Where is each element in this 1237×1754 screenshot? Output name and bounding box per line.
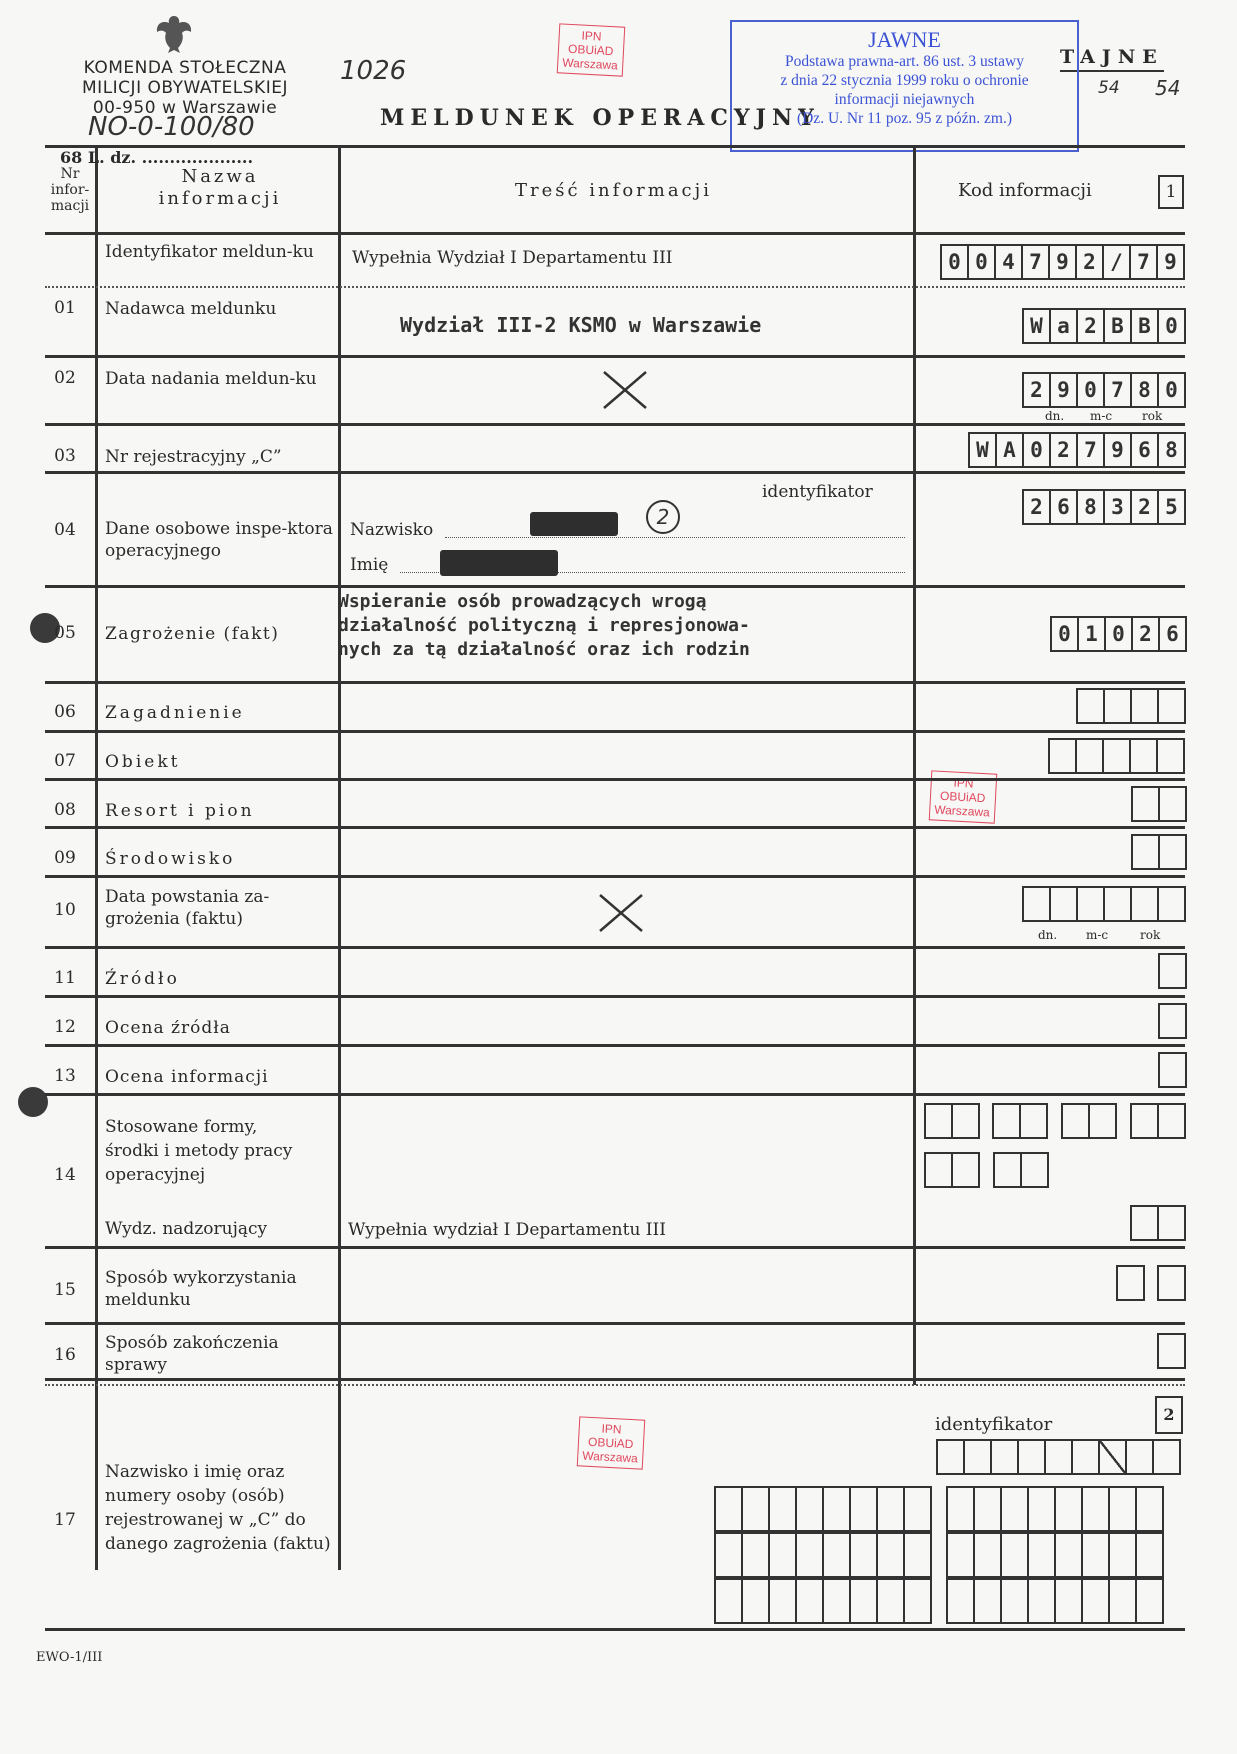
row-rule xyxy=(45,778,1185,781)
code-digit: B xyxy=(1130,310,1157,342)
row-rule xyxy=(45,730,1185,733)
date-label-day: dn. xyxy=(1038,928,1057,942)
page-box-2: 2 xyxy=(1155,1396,1183,1434)
circled-mark: 2 xyxy=(646,500,680,534)
surname-label: Nazwisko xyxy=(350,520,433,540)
date-label-year: rok xyxy=(1140,928,1160,942)
code-digit: / xyxy=(1102,246,1129,278)
code-inspector-id: 268325 xyxy=(1022,489,1186,525)
code-digit: 9 xyxy=(1156,246,1183,278)
threat-line-3: nych za tą działalność oraz ich rodzin xyxy=(338,638,750,662)
row-rule xyxy=(45,355,1185,358)
code-object xyxy=(1048,738,1185,774)
header-nazwa: Nazwa xyxy=(120,166,320,188)
label-source: Źródło xyxy=(105,968,335,990)
code-digit: 2 xyxy=(1024,374,1049,406)
date-label-month: m-c xyxy=(1090,409,1112,423)
row-number: 13 xyxy=(40,1066,90,1086)
header-content-col: Treść informacji xyxy=(515,180,712,201)
code-sender: Wa2BB0 xyxy=(1022,308,1186,344)
person-number-boxes xyxy=(946,1578,1164,1624)
row-number: 16 xyxy=(40,1345,90,1365)
person-number-boxes xyxy=(946,1486,1164,1532)
label-registered-persons: Nazwisko i imię oraz numery osoby (osób)… xyxy=(105,1460,335,1556)
row-rule xyxy=(45,1378,1185,1381)
header-informacji: informacji xyxy=(120,188,320,210)
code-digit: 2 xyxy=(1076,310,1103,342)
code-digit: 2 xyxy=(1024,491,1049,523)
handwritten-number: 1026 xyxy=(340,56,406,86)
label-methods: Stosowane formy, środki i metody pracy o… xyxy=(105,1115,305,1187)
header-name-col: Nazwa informacji xyxy=(120,166,320,210)
code-digit: 2 xyxy=(1049,434,1076,466)
content-report-id: Wypełnia Wydział I Departamentu III xyxy=(352,248,673,268)
form-code: EWO-1/III xyxy=(36,1650,102,1665)
row-number: 06 xyxy=(40,702,90,722)
page-number-1: 54 xyxy=(1098,78,1120,98)
row-rule xyxy=(45,826,1185,829)
code-department xyxy=(1131,786,1187,822)
header-nr: Nr xyxy=(45,166,95,182)
row-rule xyxy=(45,875,1185,878)
code-closure xyxy=(1157,1333,1186,1369)
ipn-stamp-line-3: Warszawa xyxy=(582,1449,638,1466)
date-label-day: dn. xyxy=(1045,409,1064,423)
person-name-boxes xyxy=(714,1578,932,1624)
header-infor: infor- xyxy=(45,182,95,198)
code-registration-number: WA027968 xyxy=(968,432,1186,468)
ipn-stamp: IPN OBUiAD Warszawa xyxy=(577,1416,645,1469)
date-label-month: m-c xyxy=(1086,928,1108,942)
code-digit: 0 xyxy=(967,246,994,278)
label-source-rating: Ocena źródła xyxy=(105,1017,335,1039)
redacted-first-name xyxy=(440,550,558,576)
row-rule xyxy=(45,1093,1185,1096)
page-box-1: 1 xyxy=(1158,175,1184,209)
code-methods-pair xyxy=(924,1103,980,1139)
code-digit: 8 xyxy=(1130,374,1157,406)
row-rule xyxy=(45,585,1185,588)
label-environment: Środowisko xyxy=(105,848,335,870)
label-info-rating: Ocena informacji xyxy=(105,1066,335,1088)
code-digit: 9 xyxy=(1103,434,1130,466)
ipn-stamp-line-3: Warszawa xyxy=(562,56,618,73)
log-number: 68 L. dz. .................... xyxy=(60,148,253,167)
code-methods-pair xyxy=(1130,1103,1186,1139)
code-digit: B xyxy=(1103,310,1130,342)
label-registration-number: Nr rejestracyjny „C” xyxy=(105,446,335,468)
label-department: Resort i pion xyxy=(105,800,335,822)
label-object: Obiekt xyxy=(105,751,335,773)
ipn-stamp-line-3: Warszawa xyxy=(934,803,990,820)
code-digit: 2 xyxy=(1075,246,1102,278)
threat-line-1: Wspieranie osób prowadzących wrogą xyxy=(338,590,750,614)
row-rule xyxy=(45,232,1185,235)
row-number: 15 xyxy=(40,1280,90,1300)
row-number: 09 xyxy=(40,848,90,868)
redacted-surname xyxy=(530,512,618,536)
row-rule xyxy=(45,1322,1185,1325)
stamp-line-1: Podstawa prawna-art. 86 ust. 3 ustawy xyxy=(732,52,1077,71)
table-bottom-rule xyxy=(45,1628,1185,1631)
person-number-boxes xyxy=(946,1532,1164,1578)
code-digit: 2 xyxy=(1130,491,1157,523)
code-digit: a xyxy=(1049,310,1076,342)
label-closure: Sposób zakończenia sprawy xyxy=(105,1332,325,1376)
content-supervising-dept: Wypełnia wydział I Departamentu III xyxy=(348,1220,666,1240)
row-number: 03 xyxy=(40,446,90,466)
code-source-rating xyxy=(1158,1003,1187,1039)
page-number-2: 54 xyxy=(1155,76,1180,100)
row-number: 10 xyxy=(40,900,90,920)
code-digit: A xyxy=(995,434,1022,466)
row-number: 14 xyxy=(40,1165,90,1185)
label-threat: Zagrożenie (fakt) xyxy=(105,623,335,645)
jawne-declassification-stamp: JAWNE Podstawa prawna-art. 86 ust. 3 ust… xyxy=(730,20,1079,152)
label-report-id: Identyfikator meldun-ku xyxy=(105,241,335,263)
code-methods-pair xyxy=(1061,1103,1117,1139)
row-number: 02 xyxy=(40,368,90,388)
code-digit: W xyxy=(1024,310,1049,342)
code-digit: 1 xyxy=(1077,618,1104,650)
code-digit: 7 xyxy=(1129,246,1156,278)
label-issue: Zagadnienie xyxy=(105,702,335,724)
code-report-id: 004792/79 xyxy=(940,244,1185,280)
handwritten-reference: NO-0-100/80 xyxy=(88,112,255,142)
code-environment xyxy=(1131,834,1187,870)
row-rule xyxy=(45,471,1185,474)
row-rule xyxy=(45,946,1185,949)
header-number-col: Nr infor- macji xyxy=(45,166,95,214)
cross-mark-icon xyxy=(602,370,648,410)
code-digit: 6 xyxy=(1049,491,1076,523)
surname-field-line xyxy=(445,537,905,538)
label-supervising-dept: Wydz. nadzorujący xyxy=(105,1218,335,1240)
punch-hole xyxy=(18,1087,48,1117)
content-sender: Wydział III-2 KSMO w Warszawie xyxy=(400,313,761,337)
label-usage: Sposób wykorzystania meldunku xyxy=(105,1267,335,1311)
label-sender: Nadawca meldunku xyxy=(105,298,335,320)
code-digit: 8 xyxy=(1157,434,1184,466)
code-methods-pair xyxy=(992,1103,1048,1139)
code-methods-pair xyxy=(924,1152,980,1188)
row-number: 05 xyxy=(40,623,90,643)
code-digit: 2 xyxy=(1131,618,1158,650)
code-digit: 7 xyxy=(1076,434,1103,466)
inspector-id-label: identyfikator xyxy=(762,482,873,502)
code-digit: W xyxy=(970,434,995,466)
organization-header: KOMENDA STOŁECZNA MILICJI OBYWATELSKIEJ … xyxy=(50,58,320,118)
code-issue xyxy=(1076,688,1186,724)
threat-line-2: działalność polityczną i represjonowa- xyxy=(338,614,750,638)
row-rule xyxy=(45,423,1185,426)
code-digit: 0 xyxy=(1104,618,1131,650)
stamp-line-2: z dnia 22 stycznia 1999 roku o ochronie xyxy=(732,71,1077,90)
row-rule xyxy=(45,1246,1185,1249)
code-info-rating xyxy=(1158,1052,1187,1088)
cross-mark-icon xyxy=(598,893,644,933)
row-rule xyxy=(45,681,1185,684)
row-number: 08 xyxy=(40,800,90,820)
row-number: 11 xyxy=(40,968,90,988)
stamp-line-4: (Dz. U. Nr 11 poz. 95 z późn. zm.) xyxy=(732,109,1077,128)
label-send-date: Data nadania meldun-ku xyxy=(105,368,335,390)
code-usage xyxy=(1116,1265,1145,1301)
code-digit: 6 xyxy=(1158,618,1185,650)
row-rule xyxy=(45,995,1185,998)
code-methods-pair xyxy=(993,1152,1049,1188)
stamp-title: JAWNE xyxy=(732,28,1077,52)
code-send-date: 290780 xyxy=(1022,372,1186,408)
first-name-label: Imię xyxy=(350,555,388,575)
code-digit: 0 xyxy=(1052,618,1077,650)
org-line-2: MILICJI OBYWATELSKIEJ xyxy=(50,78,320,98)
row-number: 01 xyxy=(40,298,90,318)
code-digit: 7 xyxy=(1021,246,1048,278)
col-divider-content xyxy=(913,145,916,1385)
code-digit: 0 xyxy=(1022,434,1049,466)
row-dotted-rule xyxy=(45,286,1185,288)
code-digit: 9 xyxy=(1049,374,1076,406)
persons-id-label: identyfikator xyxy=(935,1414,1052,1435)
code-digit: 9 xyxy=(1048,246,1075,278)
code-threat-date xyxy=(1022,886,1186,922)
code-digit: 7 xyxy=(1103,374,1130,406)
col-divider-name xyxy=(338,145,341,1570)
person-name-boxes xyxy=(714,1486,932,1532)
code-digit: 0 xyxy=(1076,374,1103,406)
row-number: 04 xyxy=(40,520,90,540)
code-source xyxy=(1158,953,1187,989)
header-macji: macji xyxy=(45,198,95,214)
row-number: 07 xyxy=(40,751,90,771)
row-number: 12 xyxy=(40,1017,90,1037)
content-threat: Wspieranie osób prowadzących wrogą dział… xyxy=(338,590,750,662)
label-threat-date: Data powstania za-grożenia (faktu) xyxy=(105,886,335,930)
date-label-year: rok xyxy=(1142,409,1162,423)
row-number: 17 xyxy=(40,1510,90,1530)
code-digit: 0 xyxy=(1157,310,1184,342)
row-dotted-rule xyxy=(45,1384,1185,1386)
code-digit: 0 xyxy=(1157,374,1184,406)
header-code-col: Kod informacji xyxy=(958,180,1092,201)
person-name-boxes xyxy=(714,1532,932,1578)
org-line-1: KOMENDA STOŁECZNA xyxy=(50,58,320,78)
col-divider-number xyxy=(95,233,98,1570)
code-digit: 6 xyxy=(1130,434,1157,466)
code-digit: 8 xyxy=(1076,491,1103,523)
ipn-stamp: IPN OBUiAD Warszawa xyxy=(557,23,625,76)
code-usage xyxy=(1157,1265,1186,1301)
stamp-line-3: informacji niejawnych xyxy=(732,90,1077,109)
code-digit: 0 xyxy=(942,246,967,278)
label-inspector-data: Dane osobowe inspe-ktora operacyjnego xyxy=(105,518,335,562)
code-supervising-dept xyxy=(1130,1205,1186,1241)
code-threat: 01026 xyxy=(1050,616,1187,652)
eagle-emblem-icon xyxy=(152,12,196,56)
code-digit: 5 xyxy=(1157,491,1184,523)
row-rule xyxy=(45,1044,1185,1047)
code-digit: 4 xyxy=(994,246,1021,278)
persons-id-code xyxy=(936,1439,1181,1475)
code-digit: 3 xyxy=(1103,491,1130,523)
